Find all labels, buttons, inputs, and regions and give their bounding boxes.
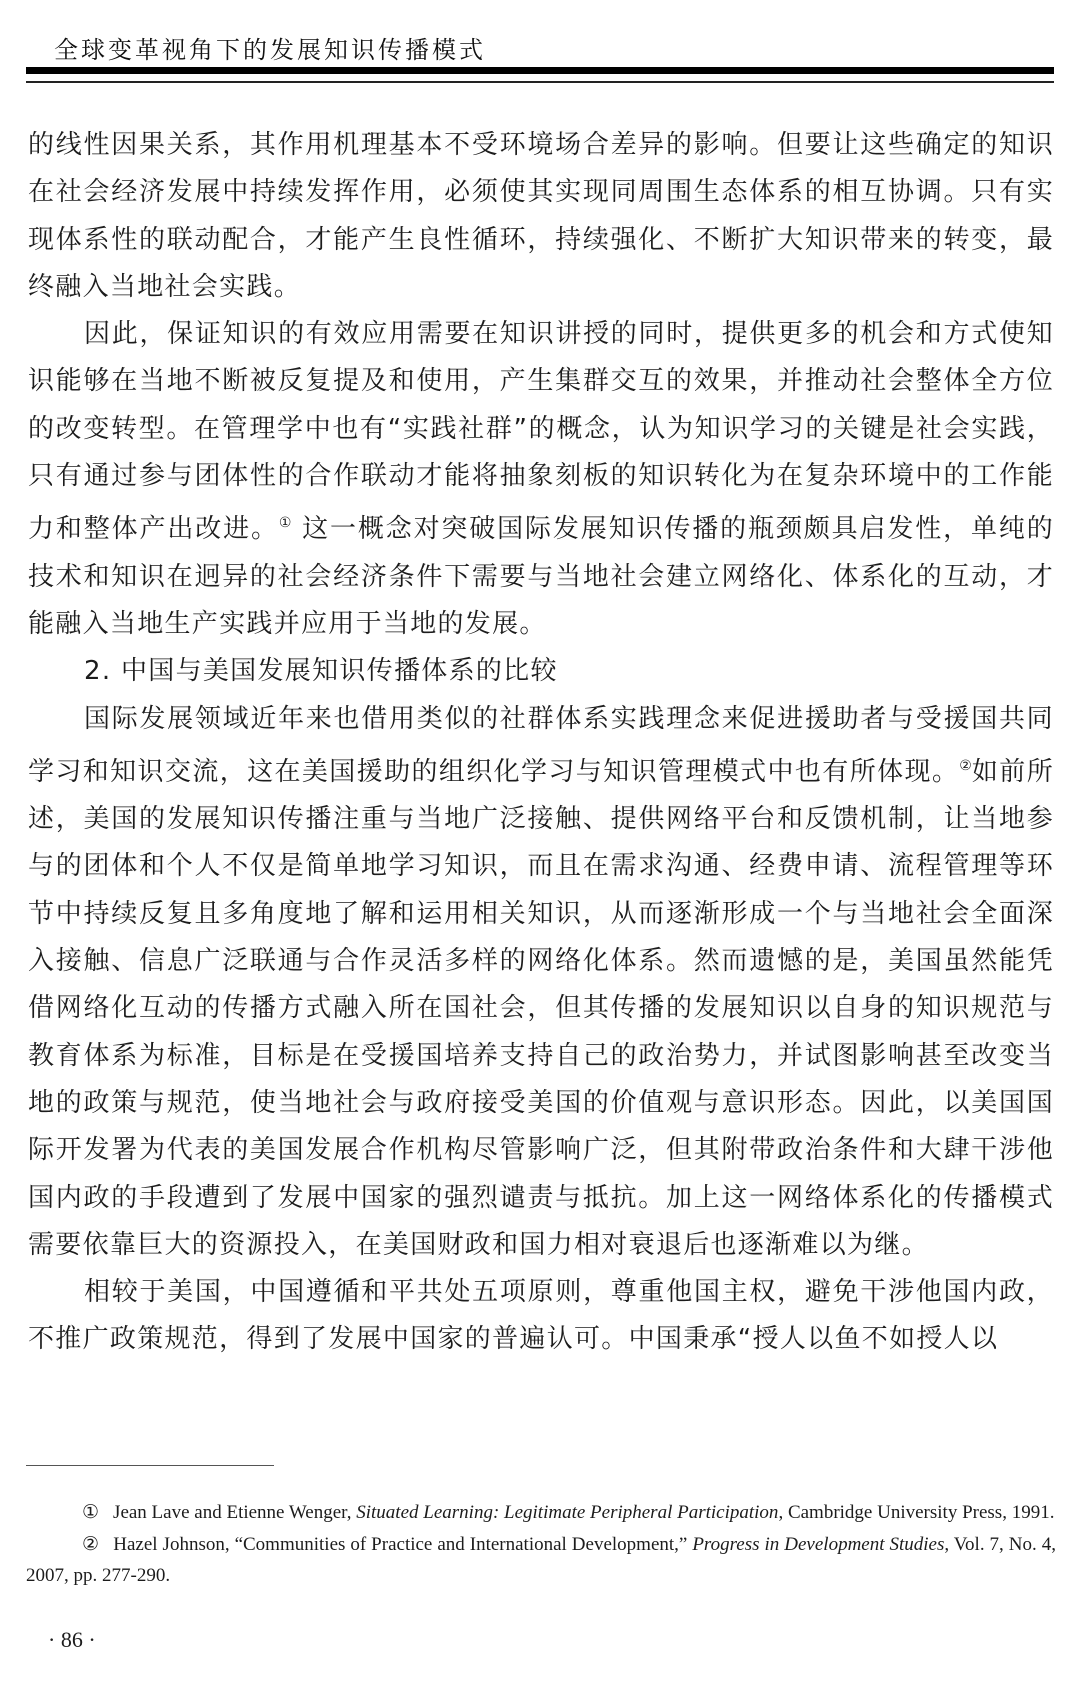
paragraph-text: 国际发展领域近年来也借用类似的社群体系实践理念来促进援助者与受援国共同学习和知识… (28, 704, 1054, 787)
footnote-separator (26, 1465, 274, 1466)
paragraph-continued: 的线性因果关系，其作用机理基本不受环境场合差异的影响。但要让这些确定的知识在社会… (28, 122, 1054, 311)
body-text: 的线性因果关系，其作用机理基本不受环境场合差异的影响。但要让这些确定的知识在社会… (28, 122, 1054, 1364)
footnote-authors: Jean Lave and Etienne Wenger, (113, 1502, 356, 1523)
page-number: · 86 · (48, 1627, 96, 1653)
section-heading: 2. 中国与美国发展知识传播体系的比较 (28, 648, 1054, 695)
running-title: 全球变革视角下的发展知识传播模式 (54, 30, 486, 65)
footnote-mark: ① (82, 1502, 99, 1523)
footnote-1: ①Jean Lave and Etienne Wenger, Situated … (26, 1497, 1056, 1528)
paragraph-text: 如前所述，美国的发展知识传播注重与当地广泛接触、提供网络平台和反馈机制，让当地参… (28, 757, 1054, 1260)
footnote-ref-1[interactable]: ① (279, 515, 292, 531)
paragraph-practice-community: 因此，保证知识的有效应用需要在知识讲授的同时，提供更多的机会和方式使知识能够在当… (28, 311, 1054, 648)
footnote-publication: , Cambridge University Press, 1991. (778, 1502, 1054, 1523)
header-rule-thin (26, 81, 1054, 83)
paragraph-china-comparison: 相较于美国，中国遵循和平共处五项原则，尊重他国主权，避免干涉他国内政，不推广政策… (28, 1269, 1054, 1364)
footnote-2: ②Hazel Johnson, “Communities of Practice… (26, 1529, 1056, 1591)
footnote-title: Situated Learning: Legitimate Peripheral… (356, 1502, 778, 1523)
paragraph-us-comparison: 国际发展领域近年来也借用类似的社群体系实践理念来促进援助者与受援国共同学习和知识… (28, 696, 1054, 1270)
footnote-ref-2[interactable]: ② (959, 758, 972, 774)
header-rule-thick (26, 67, 1054, 74)
footnote-mark: ② (82, 1534, 99, 1555)
footnote-title: Progress in Development Studies (692, 1534, 944, 1555)
paragraph-text: 因此，保证知识的有效应用需要在知识讲授的同时，提供更多的机会和方式使知识能够在当… (28, 319, 1054, 544)
footnote-authors: Hazel Johnson, “Communities of Practice … (113, 1534, 692, 1555)
footnotes: ①Jean Lave and Etienne Wenger, Situated … (26, 1497, 1056, 1592)
